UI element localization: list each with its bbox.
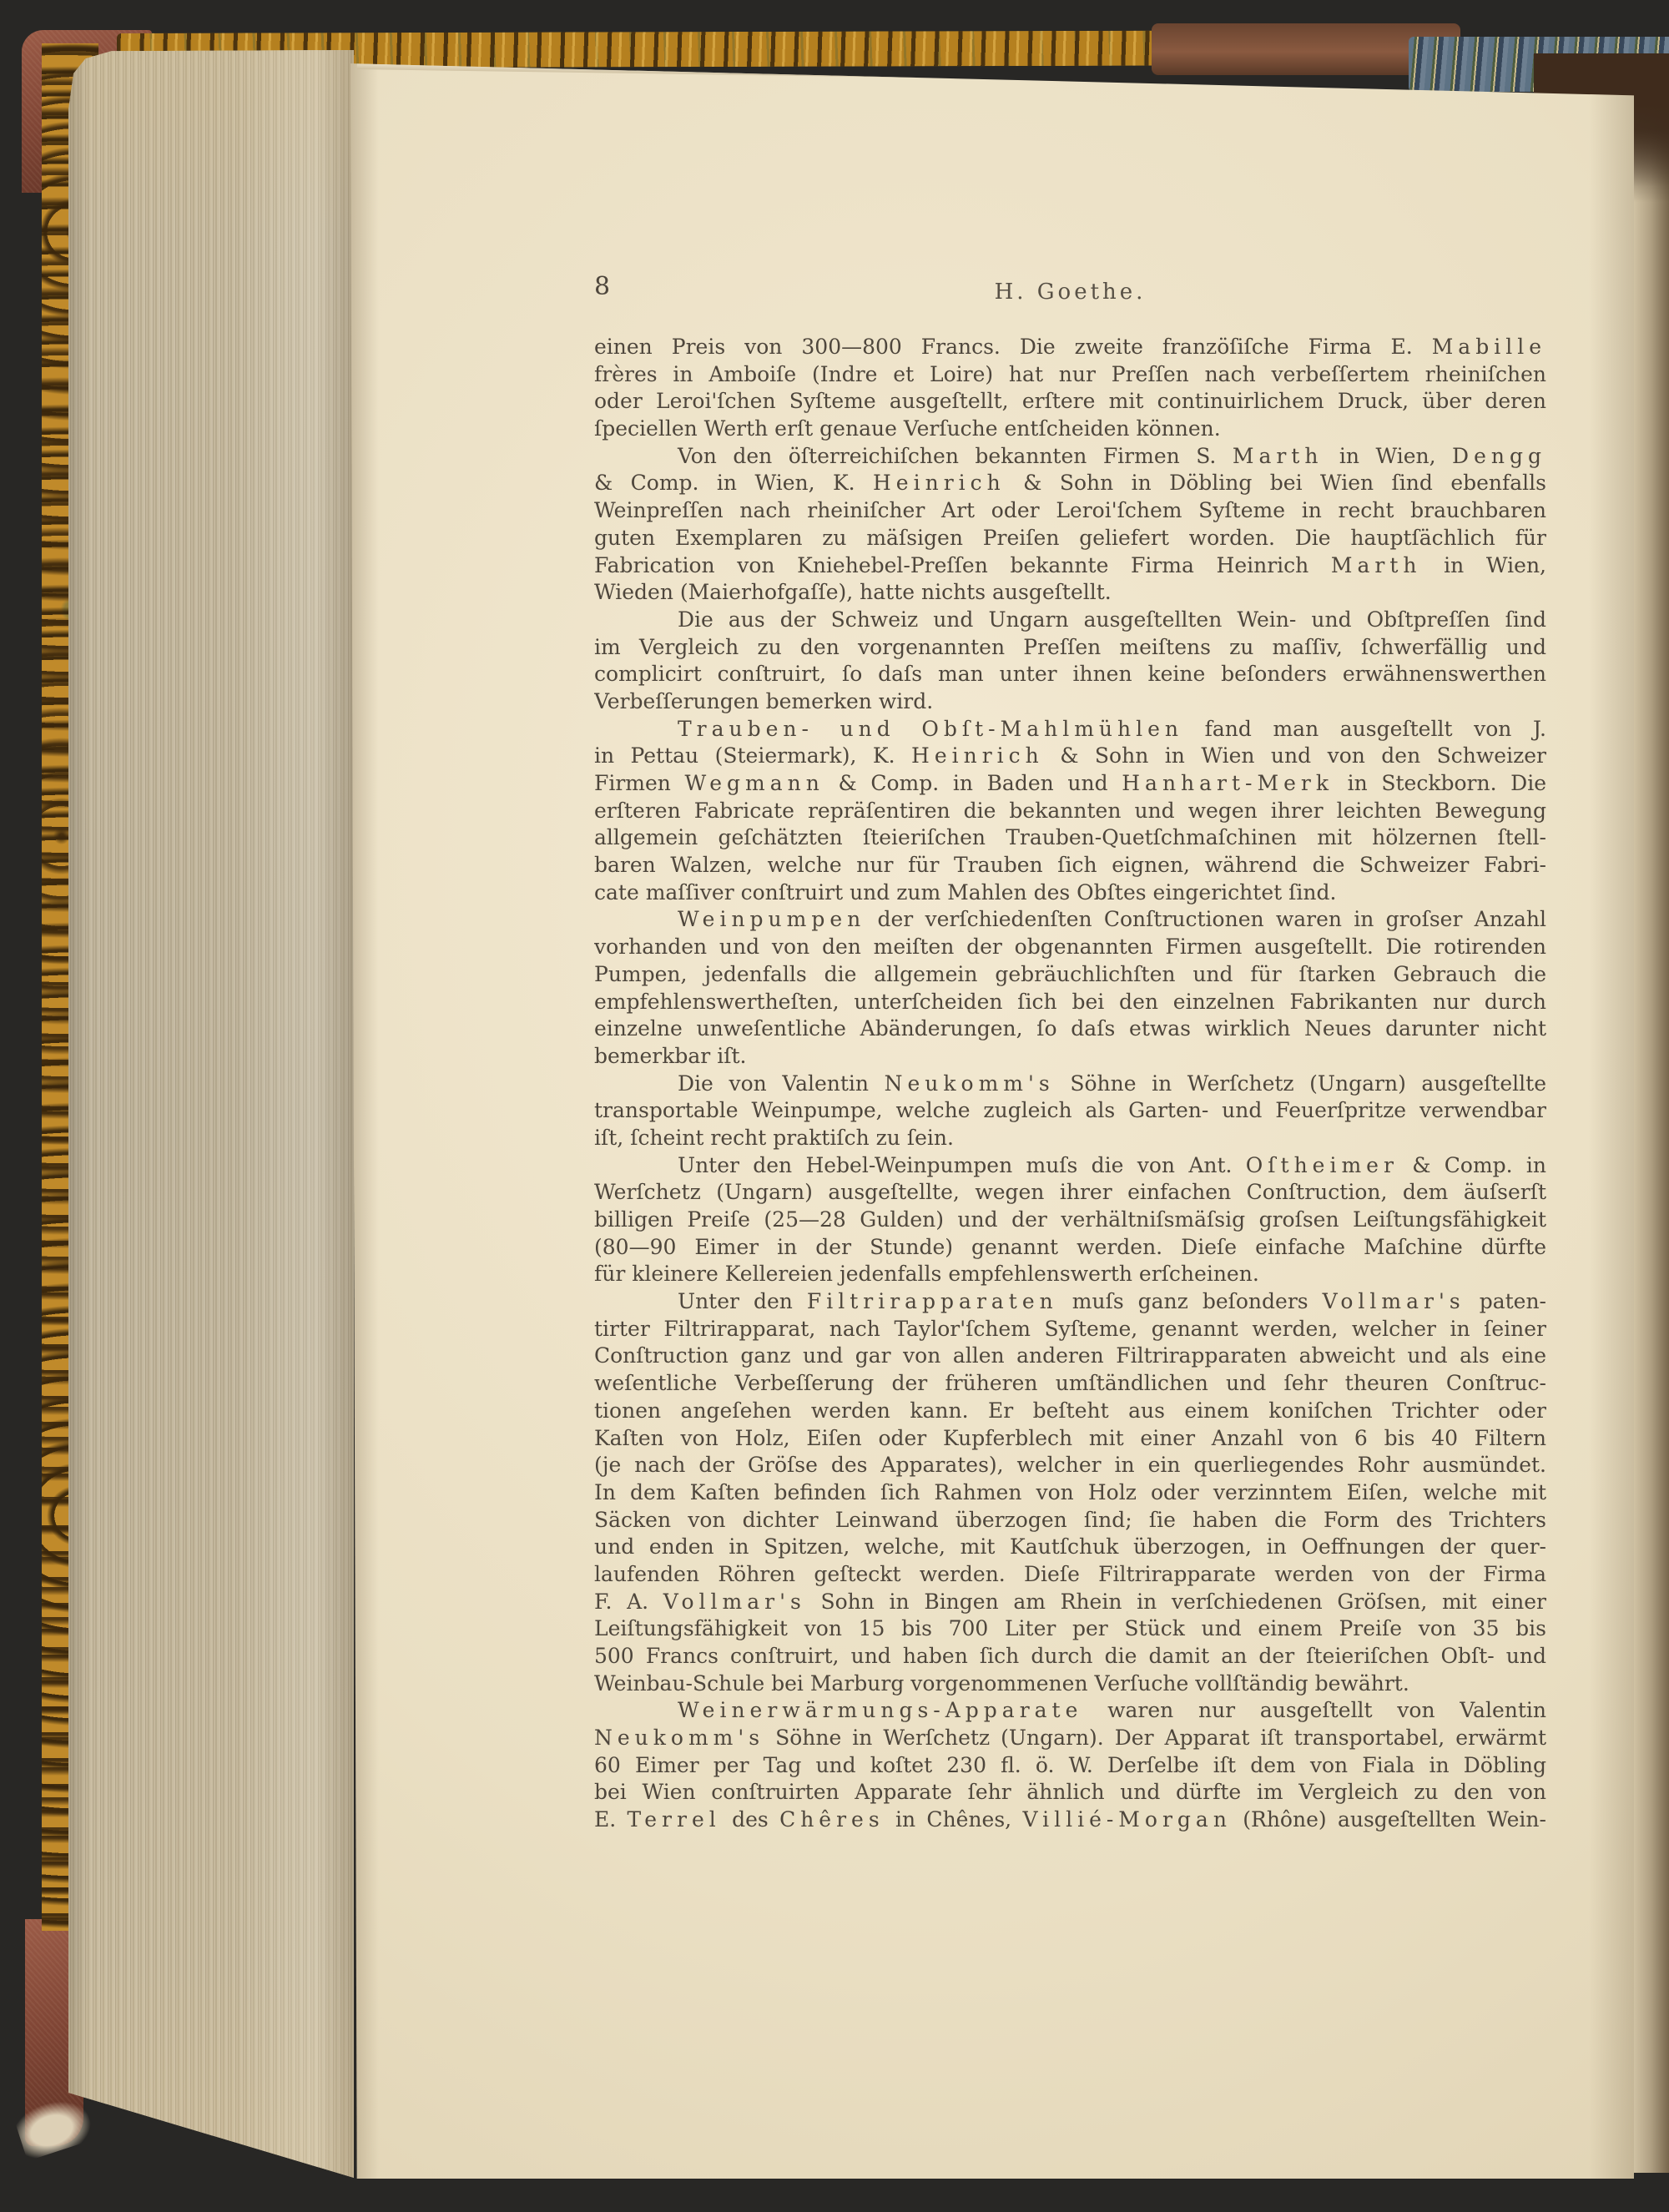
text-line: (je nach der Gröſse des Apparates), welc…: [594, 1452, 1546, 1479]
text-segment: tionen angeſehen werden kann. Er beſteht…: [594, 1398, 1546, 1423]
text-line: Weinpumpen der verſchiedenſten Conſtruct…: [594, 906, 1546, 934]
text-line: Leiſtungsfähigkeit von 15 bis 700 Liter …: [594, 1615, 1546, 1643]
text-segment: Unter den Hebel-Weinpumpen muſs die von …: [678, 1153, 1246, 1177]
worn-leather-patch: [13, 2093, 96, 2161]
text-segment: Von den öſterreichiſchen bekannten Firme…: [678, 444, 1233, 468]
text-segment: Die aus der Schweiz und Ungarn ausgeſtel…: [678, 607, 1546, 632]
text-line: F. A. Vollmar's Sohn in Bingen am Rhein …: [594, 1589, 1546, 1616]
text-segment: Dengg: [1452, 444, 1546, 468]
text-segment: Hanhart-Merk: [1122, 771, 1334, 795]
text-segment: Firmen: [594, 771, 685, 795]
text-segment: complicirt conſtruirt, ſo daſs man unter…: [594, 662, 1546, 686]
text-segment: (80—90 Eimer in der Stunde) genannt werd…: [594, 1235, 1546, 1259]
text-segment: fand man ausgeſtellt von J.: [1183, 717, 1546, 741]
text-line: In dem Kaſten befinden ſich Rahmen von H…: [594, 1479, 1546, 1507]
text-segment: bemerkbar iſt.: [594, 1044, 746, 1068]
text-line: frères in Amboiſe (Indre et Loire) hat n…: [594, 361, 1546, 389]
text-line: empfehlenswertheſten, unterſcheiden ſich…: [594, 989, 1546, 1016]
text-segment: Weinpreſſen nach rheiniſcher Art oder Le…: [594, 498, 1546, 522]
text-line: tionen angeſehen werden kann. Er beſteht…: [594, 1398, 1546, 1425]
text-segment: Heinrich: [911, 743, 1044, 768]
text-line: Unter den Filtrirapparaten muſs ganz beſ…: [594, 1288, 1546, 1316]
text-segment: empfehlenswertheſten, unterſcheiden ſich…: [594, 990, 1546, 1014]
text-segment: und enden in Spitzen, welche, mit Kautſc…: [594, 1534, 1546, 1559]
text-line: cate maſſiver conſtruirt und zum Mahlen …: [594, 879, 1546, 907]
text-line: Fabrication von Kniehebel-Preſſen bekann…: [594, 552, 1546, 580]
text-line: 60 Eimer per Tag und koſtet 230 fl. ö. W…: [594, 1752, 1546, 1780]
text-segment: in Steckborn. Die: [1334, 771, 1546, 795]
text-segment: einen Preis von 300—800 Francs. Die zwei…: [594, 335, 1432, 359]
text-segment: Weinpumpen: [678, 907, 865, 931]
text-segment: Terrel: [628, 1807, 721, 1832]
text-segment: Trauben- und Obſt-Mahlmühlen: [678, 717, 1183, 741]
text-line: baren Walzen, welche nur für Trauben ſic…: [594, 852, 1546, 879]
text-segment: (je nach der Gröſse des Apparates), welc…: [594, 1453, 1546, 1477]
text-line: einzelne unweſentliche Abänderungen, ſo …: [594, 1015, 1546, 1043]
paragraph: Die aus der Schweiz und Ungarn ausgeſtel…: [594, 607, 1546, 716]
text-segment: in Chênes,: [885, 1807, 1023, 1832]
text-segment: In dem Kaſten befinden ſich Rahmen von H…: [594, 1480, 1546, 1504]
text-segment: tirter Filtrirapparat, nach Taylor'ſchem…: [594, 1317, 1546, 1341]
paragraph: Weinpumpen der verſchiedenſten Conſtruct…: [594, 906, 1546, 1070]
text-segment: Villié-Morgan: [1022, 1807, 1231, 1832]
text-segment: Verbeſſerungen bemerken wird.: [594, 689, 933, 713]
text-segment: baren Walzen, welche nur für Trauben ſic…: [594, 853, 1546, 877]
text-line: Conſtruction ganz und gar von allen ande…: [594, 1343, 1546, 1370]
text-segment: Werſchetz (Ungarn) ausgeſtellte, wegen i…: [594, 1180, 1546, 1204]
text-line: bemerkbar iſt.: [594, 1043, 1546, 1071]
page-gutter-curve: [1632, 98, 1669, 2173]
text-line: transportable Weinpumpe, welche zugleich…: [594, 1097, 1546, 1125]
text-segment: in Wien,: [1323, 444, 1452, 468]
text-segment: Conſtruction ganz und gar von allen ande…: [594, 1343, 1546, 1368]
text-segment: Die von Valentin: [678, 1071, 885, 1096]
text-line: Die aus der Schweiz und Ungarn ausgeſtel…: [594, 607, 1546, 634]
text-segment: der verſchiedenſten Conſtructionen waren…: [865, 907, 1546, 931]
text-segment: Filtrirapparaten: [807, 1289, 1058, 1313]
text-line: guten Exemplaren zu mäſsigen Preiſen gel…: [594, 525, 1546, 552]
text-line: in Pettau (Steiermark), K. Heinrich & So…: [594, 743, 1546, 770]
text-line: Firmen Wegmann & Comp. in Baden und Hanh…: [594, 770, 1546, 798]
text-segment: paten-: [1465, 1289, 1546, 1313]
text-line: Pumpen, jedenfalls die allgemein gebräuc…: [594, 961, 1546, 989]
text-segment: Weinerwärmungs-Apparate: [678, 1698, 1082, 1722]
text-segment: & Sohn in Döbling bei Wien ſind ebenfall…: [1006, 471, 1546, 495]
text-line: ſpeciellen Werth erſt genaue Verſuche en…: [594, 416, 1546, 443]
text-segment: Unter den: [678, 1289, 807, 1313]
text-line: Verbeſſerungen bemerken wird.: [594, 688, 1546, 716]
text-segment: einzelne unweſentliche Abänderungen, ſo …: [594, 1016, 1546, 1040]
text-segment: Marth: [1331, 553, 1422, 577]
text-segment: laufenden Röhren geſteckt werden. Dieſe …: [594, 1562, 1546, 1586]
text-segment: weſentliche Verbeſſerung der früheren um…: [594, 1371, 1546, 1395]
text-segment: Oſtheimer: [1246, 1153, 1399, 1177]
text-line: für kleinere Kellereien jedenfalls empfe…: [594, 1261, 1546, 1288]
text-segment: E.: [594, 1807, 628, 1832]
book-photo-scene: 8 H. Goethe. einen Preis von 300—800 Fra…: [0, 0, 1669, 2212]
text-line: und enden in Spitzen, welche, mit Kautſc…: [594, 1534, 1546, 1561]
text-line: weſentliche Verbeſſerung der früheren um…: [594, 1370, 1546, 1398]
text-segment: des: [721, 1807, 779, 1832]
paragraph: Unter den Filtrirapparaten muſs ganz beſ…: [594, 1288, 1546, 1697]
text-segment: guten Exemplaren zu mäſsigen Preiſen gel…: [594, 526, 1546, 550]
text-segment: für kleinere Kellereien jedenfalls empfe…: [594, 1262, 1259, 1286]
text-segment: Vollmar's: [1323, 1289, 1465, 1313]
paragraph: einen Preis von 300—800 Francs. Die zwei…: [594, 334, 1546, 443]
text-segment: bei Wien conſtruirten Apparate ſehr ähnl…: [594, 1780, 1546, 1804]
text-segment: Mabille: [1432, 335, 1546, 359]
text-line: Säcken von dichter Leinwand überzogen ſi…: [594, 1507, 1546, 1534]
text-line: Neukomm's Söhne in Werſchetz (Ungarn). D…: [594, 1725, 1546, 1752]
text-line: bei Wien conſtruirten Apparate ſehr ähnl…: [594, 1779, 1546, 1806]
text-segment: Heinrich: [873, 471, 1006, 495]
page-fore-edge-stack: [68, 50, 354, 2178]
text-segment: Weinbau-Schule bei Marburg vorgenommenen…: [594, 1671, 1409, 1696]
text-line: tirter Filtrirapparat, nach Taylor'ſchem…: [594, 1316, 1546, 1343]
text-segment: Leiſtungsfähigkeit von 15 bis 700 Liter …: [594, 1616, 1546, 1640]
text-segment: muſs ganz beſonders: [1058, 1289, 1323, 1313]
paragraph: Die von Valentin Neukomm's Söhne in Werſ…: [594, 1071, 1546, 1152]
text-segment: Pumpen, jedenfalls die allgemein gebräuc…: [594, 962, 1546, 986]
text-line: Unter den Hebel-Weinpumpen muſs die von …: [594, 1152, 1546, 1180]
text-line: billigen Preiſe (25—28 Gulden) und der v…: [594, 1207, 1546, 1234]
text-segment: cate maſſiver conſtruirt und zum Mahlen …: [594, 880, 1336, 904]
text-segment: & Comp. in Wien, K.: [594, 471, 873, 495]
text-line: im Vergleich zu den vorgenannten Preſſen…: [594, 634, 1546, 662]
text-segment: & Sohn in Wien und von den Schweizer: [1044, 743, 1546, 768]
paragraph: Trauben- und Obſt-Mahlmühlen fand man au…: [594, 716, 1546, 907]
text-line: complicirt conſtruirt, ſo daſs man unter…: [594, 661, 1546, 688]
paragraph: Von den öſterreichiſchen bekannten Firme…: [594, 443, 1546, 607]
text-segment: billigen Preiſe (25—28 Gulden) und der v…: [594, 1207, 1546, 1232]
text-line: allgemein geſchätzten ſteieriſchen Traub…: [594, 824, 1546, 852]
text-segment: F. A.: [594, 1590, 663, 1614]
text-line: Die von Valentin Neukomm's Söhne in Werſ…: [594, 1071, 1546, 1098]
text-segment: Vollmar's: [663, 1590, 806, 1614]
text-segment: Söhne in Werſchetz (Ungarn) ausgeſtellte: [1055, 1071, 1546, 1096]
text-segment: Marth: [1233, 444, 1324, 468]
text-segment: vorhanden und von den meiſten der obgena…: [594, 935, 1546, 959]
running-header: H. Goethe.: [594, 277, 1546, 307]
text-segment: & Comp. in: [1399, 1153, 1546, 1177]
paragraph: Weinerwärmungs-Apparate waren nur ausgeſ…: [594, 1697, 1546, 1833]
text-segment: im Vergleich zu den vorgenannten Preſſen…: [594, 635, 1546, 659]
text-line: 500 Francs conſtruirt, und haben ſich du…: [594, 1643, 1546, 1670]
text-line: Weinerwärmungs-Apparate waren nur ausgeſ…: [594, 1697, 1546, 1725]
book-page: 8 H. Goethe. einen Preis von 300—800 Fra…: [350, 55, 1634, 2179]
text-segment: Fabrication von Kniehebel-Preſſen bekann…: [594, 553, 1331, 577]
text-segment: Säcken von dichter Leinwand überzogen ſi…: [594, 1508, 1546, 1532]
text-segment: frères in Amboiſe (Indre et Loire) hat n…: [594, 362, 1546, 386]
text-segment: 500 Francs conſtruirt, und haben ſich du…: [594, 1644, 1546, 1668]
text-line: E. Terrel des Chêres in Chênes, Villié-M…: [594, 1806, 1546, 1834]
text-segment: Kaſten von Holz, Eiſen oder Kupferblech …: [594, 1426, 1546, 1450]
text-segment: waren nur ausgeſtellt von Valentin: [1082, 1698, 1546, 1722]
text-segment: Wieden (Maierhofgaſſe), hatte nichts aus…: [594, 580, 1112, 604]
text-segment: oder Leroi'ſchen Syſteme ausgeſtellt, er…: [594, 389, 1546, 413]
text-line: einen Preis von 300—800 Francs. Die zwei…: [594, 334, 1546, 361]
text-segment: in Wien,: [1422, 553, 1546, 577]
text-line: laufenden Röhren geſteckt werden. Dieſe …: [594, 1561, 1546, 1589]
text-segment: & Comp. in Baden und: [824, 771, 1122, 795]
text-segment: 60 Eimer per Tag und koſtet 230 fl. ö. W…: [594, 1753, 1546, 1777]
text-segment: Wegmann: [685, 771, 824, 795]
text-segment: Chêres: [779, 1807, 885, 1832]
text-segment: Neukomm's: [885, 1071, 1055, 1096]
text-segment: iſt, ſcheint recht praktiſch zu ſein.: [594, 1126, 954, 1150]
text-segment: erſteren Fabricate repräſentiren die bek…: [594, 799, 1546, 823]
text-line: Kaſten von Holz, Eiſen oder Kupferblech …: [594, 1425, 1546, 1453]
page-text-block: einen Preis von 300—800 Francs. Die zwei…: [594, 334, 1546, 1834]
text-line: Weinbau-Schule bei Marburg vorgenommenen…: [594, 1670, 1546, 1698]
text-line: Von den öſterreichiſchen bekannten Firme…: [594, 443, 1546, 471]
text-line: Trauben- und Obſt-Mahlmühlen fand man au…: [594, 716, 1546, 743]
text-line: oder Leroi'ſchen Syſteme ausgeſtellt, er…: [594, 388, 1546, 416]
text-line: & Comp. in Wien, K. Heinrich & Sohn in D…: [594, 470, 1546, 497]
text-segment: Söhne in Werſchetz (Ungarn). Der Apparat…: [764, 1726, 1546, 1750]
text-segment: (Rhône) ausgeſtellten Wein-: [1232, 1807, 1546, 1832]
text-segment: Neukomm's: [594, 1726, 764, 1750]
text-segment: Sohn in Bingen am Rhein in verſchiedenen…: [806, 1590, 1546, 1614]
text-line: vorhanden und von den meiſten der obgena…: [594, 934, 1546, 961]
paragraph: Unter den Hebel-Weinpumpen muſs die von …: [594, 1152, 1546, 1288]
text-segment: ſpeciellen Werth erſt genaue Verſuche en…: [594, 416, 1221, 441]
text-line: iſt, ſcheint recht praktiſch zu ſein.: [594, 1125, 1546, 1152]
text-segment: allgemein geſchätzten ſteieriſchen Traub…: [594, 825, 1546, 849]
text-segment: in Pettau (Steiermark), K.: [594, 743, 911, 768]
text-line: Werſchetz (Ungarn) ausgeſtellte, wegen i…: [594, 1179, 1546, 1207]
text-line: (80—90 Eimer in der Stunde) genannt werd…: [594, 1234, 1546, 1262]
text-line: Weinpreſſen nach rheiniſcher Art oder Le…: [594, 497, 1546, 525]
text-line: Wieden (Maierhofgaſſe), hatte nichts aus…: [594, 579, 1546, 607]
text-line: erſteren Fabricate repräſentiren die bek…: [594, 798, 1546, 825]
text-segment: transportable Weinpumpe, welche zugleich…: [594, 1098, 1546, 1122]
